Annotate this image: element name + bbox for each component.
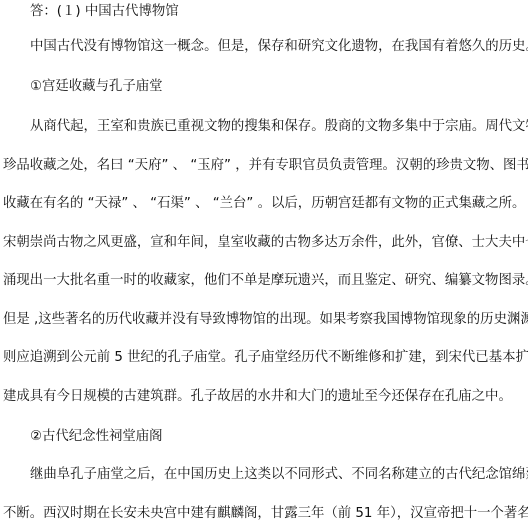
section-1-line: 收藏在有名的 “天禄” 、 “石渠” 、 “兰台” 。以后，历朝宫廷都有文物的正… xyxy=(3,195,525,213)
section-1-title: ①宫廷收藏与孔子庙堂 xyxy=(30,78,163,96)
section-2-line: 继曲阜孔子庙堂之后，在中国历史上这类以不同形式、不同名称建立的古代纪念馆绵延 xyxy=(30,466,525,484)
section-1-line: 从商代起，王室和贵族已重视文物的搜集和保存。殷商的文物多集中于宗庙。周代文物 xyxy=(30,118,525,136)
section-1-line: 则应追溯到公元前 5 世纪的孔子庙堂。孔子庙堂经历代不断维修和扩建，到宋代已基本… xyxy=(3,349,525,367)
section-1-line: 珍品收藏之处，名曰 “天府” 、 “玉府” ，并有专职官员负责管理。汉朝的珍贵文… xyxy=(3,157,525,175)
section-1-line: 涌现出一大批名重一时的收藏家，他们不单是摩玩遗兴，而且鉴定、研究、编纂文物图录。 xyxy=(3,272,525,290)
section-1-line: 宋朝崇尚古物之风更盛，宣和年间，皇室收藏的古物多达万余件，此外，官僚、士大夫中也 xyxy=(3,234,525,252)
intro-paragraph: 中国古代没有博物馆这一概念。但是，保存和研究文化遗物，在我国有着悠久的历史。 xyxy=(30,38,528,56)
section-1-line: 建成具有今日规模的古建筑群。孔子故居的水井和大门的遗址至今还保存在孔庙之中。 xyxy=(3,388,512,406)
section-2-title: ②古代纪念性祠堂庙阁 xyxy=(30,428,163,446)
section-1-line: 但是 ,这些著名的历代收藏并没有导致博物馆的出现。如果考察我国博物馆现象的历史渊… xyxy=(3,311,525,329)
section-2-line: 不断。西汉时期在长安未央宫中建有麒麟阁，甘露三年（前 51 年），汉宣帝把十一个… xyxy=(3,505,525,523)
answer-heading: 答：(１) 中国古代博物馆 xyxy=(30,3,179,21)
